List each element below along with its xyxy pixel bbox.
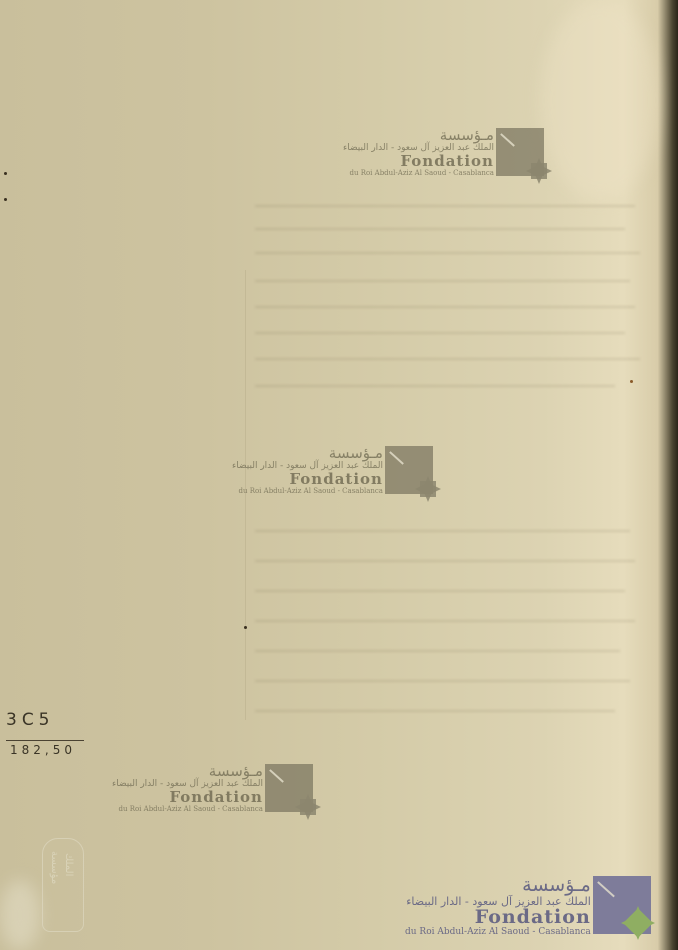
fondation-logo-icon [265, 764, 313, 812]
water-stain [540, 0, 660, 200]
watermark-fondation: مـؤسسة الملك عبد العزيز آل سعود - الدار … [112, 764, 313, 813]
watermark-fondation: مـؤسسة الملك عبد العزيز آل سعود - الدار … [343, 128, 544, 177]
paper-wear [0, 880, 40, 950]
fondation-logo-icon [385, 446, 433, 494]
bleed-through-line [255, 650, 620, 652]
bleed-through-line [255, 710, 615, 712]
bleed-through-line [255, 385, 615, 387]
handwritten-price: 182,50 [10, 743, 76, 757]
ink-speck [244, 626, 247, 629]
bleed-through-line [255, 332, 625, 334]
fondation-logo-icon [593, 876, 651, 934]
ink-speck [4, 198, 7, 201]
manuscript-page: مـؤسسة الملك عبد العزيز آل سعود - الدار … [0, 0, 678, 950]
embossed-seal: مؤسسة الملك [42, 838, 84, 932]
margin-fold [245, 270, 246, 720]
watermark-fondation: مـؤسسة الملك عبد العزيز آل سعود - الدار … [232, 446, 433, 495]
bleed-through-line [255, 590, 625, 592]
bleed-through-line [255, 205, 635, 207]
ink-speck [4, 172, 7, 175]
bleed-through-line [255, 560, 635, 562]
bleed-through-line [255, 280, 630, 282]
bleed-through-line [255, 620, 635, 622]
rust-speck [630, 380, 633, 383]
watermark-fondation-color: مـؤسسة الملك عبد العزيز آل سعود - الدار … [405, 876, 651, 937]
bleed-through-line [255, 530, 630, 532]
bleed-through-line [255, 680, 630, 682]
bleed-through-line [255, 306, 635, 308]
bleed-through-line [255, 358, 640, 360]
handwritten-shelfmark: 3C5 [6, 710, 55, 730]
bleed-through-line [255, 228, 625, 230]
shelfmark-divider [6, 740, 84, 741]
fondation-logo-icon [496, 128, 544, 176]
bleed-through-line [255, 252, 640, 254]
